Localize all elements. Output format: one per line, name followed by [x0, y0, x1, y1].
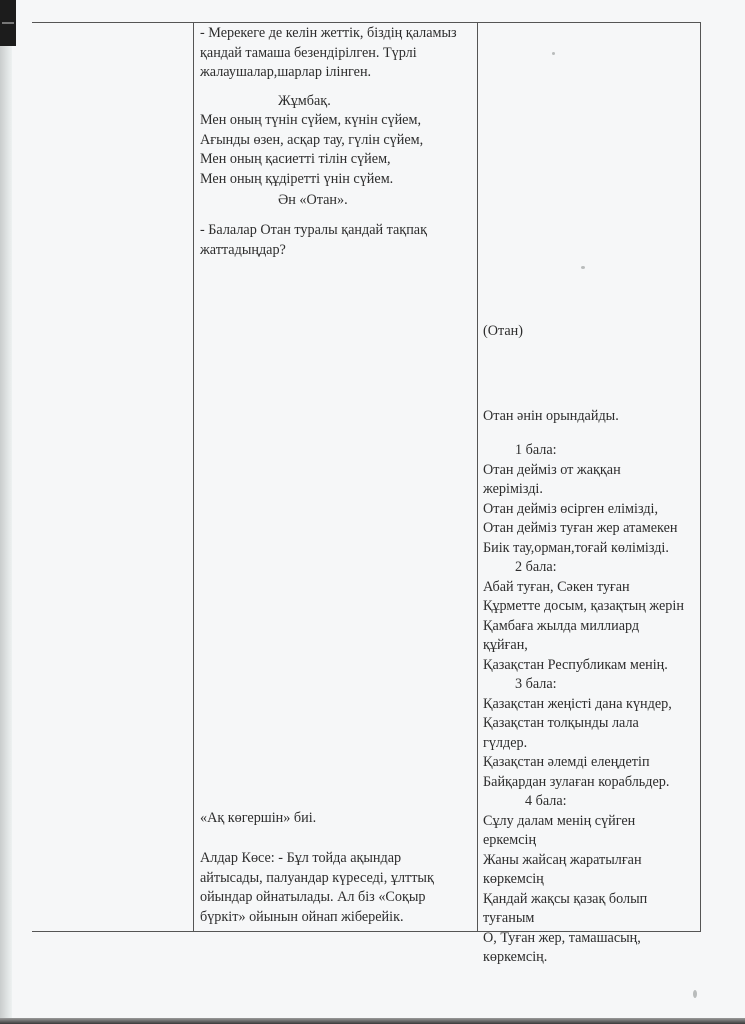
text-line: Отан дейміз от жаққан: [483, 461, 677, 481]
answer-text: (Отан): [483, 322, 523, 342]
text-line: Алдар Көсе: - Бұл тойда ақындар: [200, 849, 434, 869]
text-line: Отан дейміз туған жер атамекен: [483, 519, 677, 539]
text-line: О, Туған жер, тамашасың,: [483, 929, 647, 949]
text-line: жерімізді.: [483, 480, 677, 500]
text-line: гүлдер.: [483, 734, 672, 754]
text-line: Құрметте досым, қазақтың жерін: [483, 597, 684, 617]
child-label: 2 бала:: [483, 558, 684, 578]
table-column-teacher: - Мерекеге де келін жеттік, біздің қалам…: [193, 23, 477, 931]
text-line: Сұлу далам менің сүйген: [483, 812, 647, 832]
child-label: 3 бала:: [483, 675, 672, 695]
child-1-verse: 1 бала: Отан дейміз от жаққан жерімізді.…: [483, 441, 677, 558]
child-label: 4 бала:: [483, 792, 647, 812]
question-paragraph: - Балалар Отан туралы қандай тақпақ жатт…: [200, 221, 427, 260]
text-line: құйған,: [483, 636, 684, 656]
text-line: Қазақстан Республикам менің.: [483, 656, 684, 676]
scan-artifact: [0, 0, 16, 46]
text-line: жалаушалар,шарлар ілінген.: [200, 63, 457, 83]
scan-edge-left: [0, 0, 12, 1024]
text-line: Мен оның құдіретті үнін сүйем.: [200, 170, 423, 190]
text-line: туғаным: [483, 909, 647, 929]
child-4-verse: 4 бала: Сұлу далам менің сүйген еркемсің…: [483, 792, 647, 968]
text-line: айтысады, палуандар күреседі, ұлттық: [200, 869, 434, 889]
intro-paragraph: - Мерекеге де келін жеттік, біздің қалам…: [200, 24, 457, 83]
text-line: Ағынды өзен, асқар тау, гүлін сүйем,: [200, 131, 423, 151]
text-line: көркемсің: [483, 870, 647, 890]
lesson-table: - Мерекеге де келін жеттік, біздің қалам…: [32, 22, 701, 932]
text-line: Байқардан зулаған корабльдер.: [483, 773, 672, 793]
text-line: бүркіт» ойынын ойнап жіберейік.: [200, 908, 434, 928]
text-line: Мен оның түнін сүйем, күнін сүйем,: [200, 111, 423, 131]
riddle-title: Жұмбақ.: [200, 92, 331, 112]
scan-speck: [693, 990, 697, 998]
aldar-kose-paragraph: Алдар Көсе: - Бұл тойда ақындар айтысады…: [200, 849, 434, 927]
text-line: Жаны жайсаң жаратылған: [483, 851, 647, 871]
table-column-children: (Отан) Отан әнін орындайды. 1 бала: Отан…: [477, 23, 700, 931]
riddle-poem: Мен оның түнін сүйем, күнін сүйем, Ағынд…: [200, 111, 423, 189]
text-line: ойындар ойнатылады. Ал біз «Соқыр: [200, 888, 434, 908]
text-line: Қазақстан әлемді елеңдетіп: [483, 753, 672, 773]
child-label: 1 бала:: [483, 441, 677, 461]
text-line: Мен оның қасиетті тілін сүйем,: [200, 150, 423, 170]
text-line: Отан дейміз өсірген елімізді,: [483, 500, 677, 520]
text-line: - Балалар Отан туралы қандай тақпақ: [200, 221, 427, 241]
text-line: жаттадыңдар?: [200, 241, 427, 261]
scan-bottom-bar: [0, 1018, 745, 1024]
text-line: қандай тамаша безендірілген. Түрлі: [200, 44, 457, 64]
text-line: Қандай жақсы қазақ болып: [483, 890, 647, 910]
song-performed-text: Отан әнін орындайды.: [483, 407, 619, 427]
text-line: - Мерекеге де келін жеттік, біздің қалам…: [200, 24, 457, 44]
child-3-verse: 3 бала: Қазақстан жеңісті дана күндер, Қ…: [483, 675, 672, 792]
table-column-1: [32, 23, 193, 931]
song-title: Ән «Отан».: [200, 191, 348, 211]
text-line: көркемсің.: [483, 948, 647, 968]
text-line: Қамбаға жылда миллиард: [483, 617, 684, 637]
text-line: еркемсің: [483, 831, 647, 851]
text-line: Қазақстан толқынды лала: [483, 714, 672, 734]
child-2-verse: 2 бала: Абай туған, Сәкен туған Құрметте…: [483, 558, 684, 675]
text-line: Биік тау,орман,тоғай көлімізді.: [483, 539, 677, 559]
text-line: Қазақстан жеңісті дана күндер,: [483, 695, 672, 715]
text-line: Абай туған, Сәкен туған: [483, 578, 684, 598]
dance-title: «Ақ көгершін» биі.: [200, 809, 316, 829]
